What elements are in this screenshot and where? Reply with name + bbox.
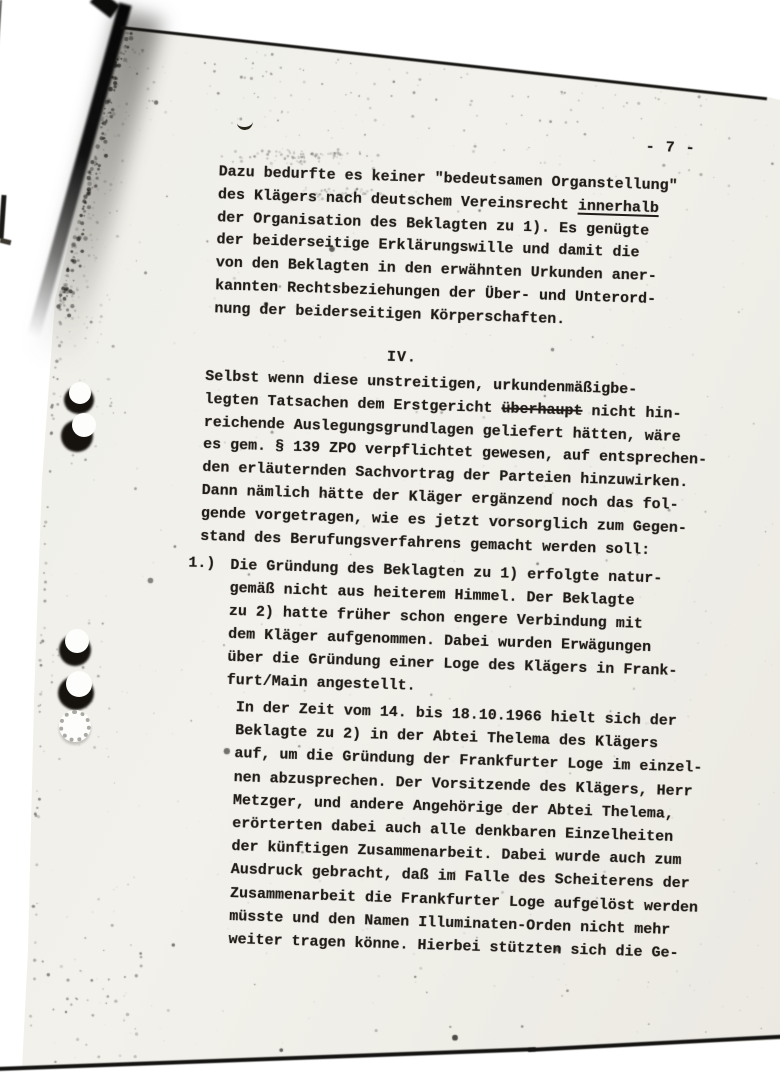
punch-hole-opening [72,413,96,437]
list-item-paragraph-b: In der Zeit vom 14. bis 18.10.1966 hielt… [228,696,704,966]
list-item-marker: 1.) [188,553,216,577]
page-number: - 7 - [645,137,696,161]
punch-hole-opening [69,382,91,404]
list-item-paragraph-a: Die Gründung des Beklagten zu 1) erfolgt… [226,554,680,706]
paper-left-edge [0,0,2,195]
punch-hole-opening [59,710,91,742]
stray-ink-mark [0,238,11,246]
section-iv-paragraph: Selbst wenn diese unstreitigen, urkunden… [200,366,710,564]
scanned-document-page: - 7 - Dazu bedurfte es keiner "bedeutsam… [0,0,780,1080]
section-heading: IV. [387,347,418,371]
document-content: - 7 - Dazu bedurfte es keiner "bedeutsam… [182,130,740,1046]
stray-ink-mark [0,195,7,239]
punch-hole-opening [66,671,92,697]
punch-hole-opening [65,629,89,653]
intro-paragraph: Dazu bedurfte es keiner "bedeutsamen Org… [214,161,678,335]
